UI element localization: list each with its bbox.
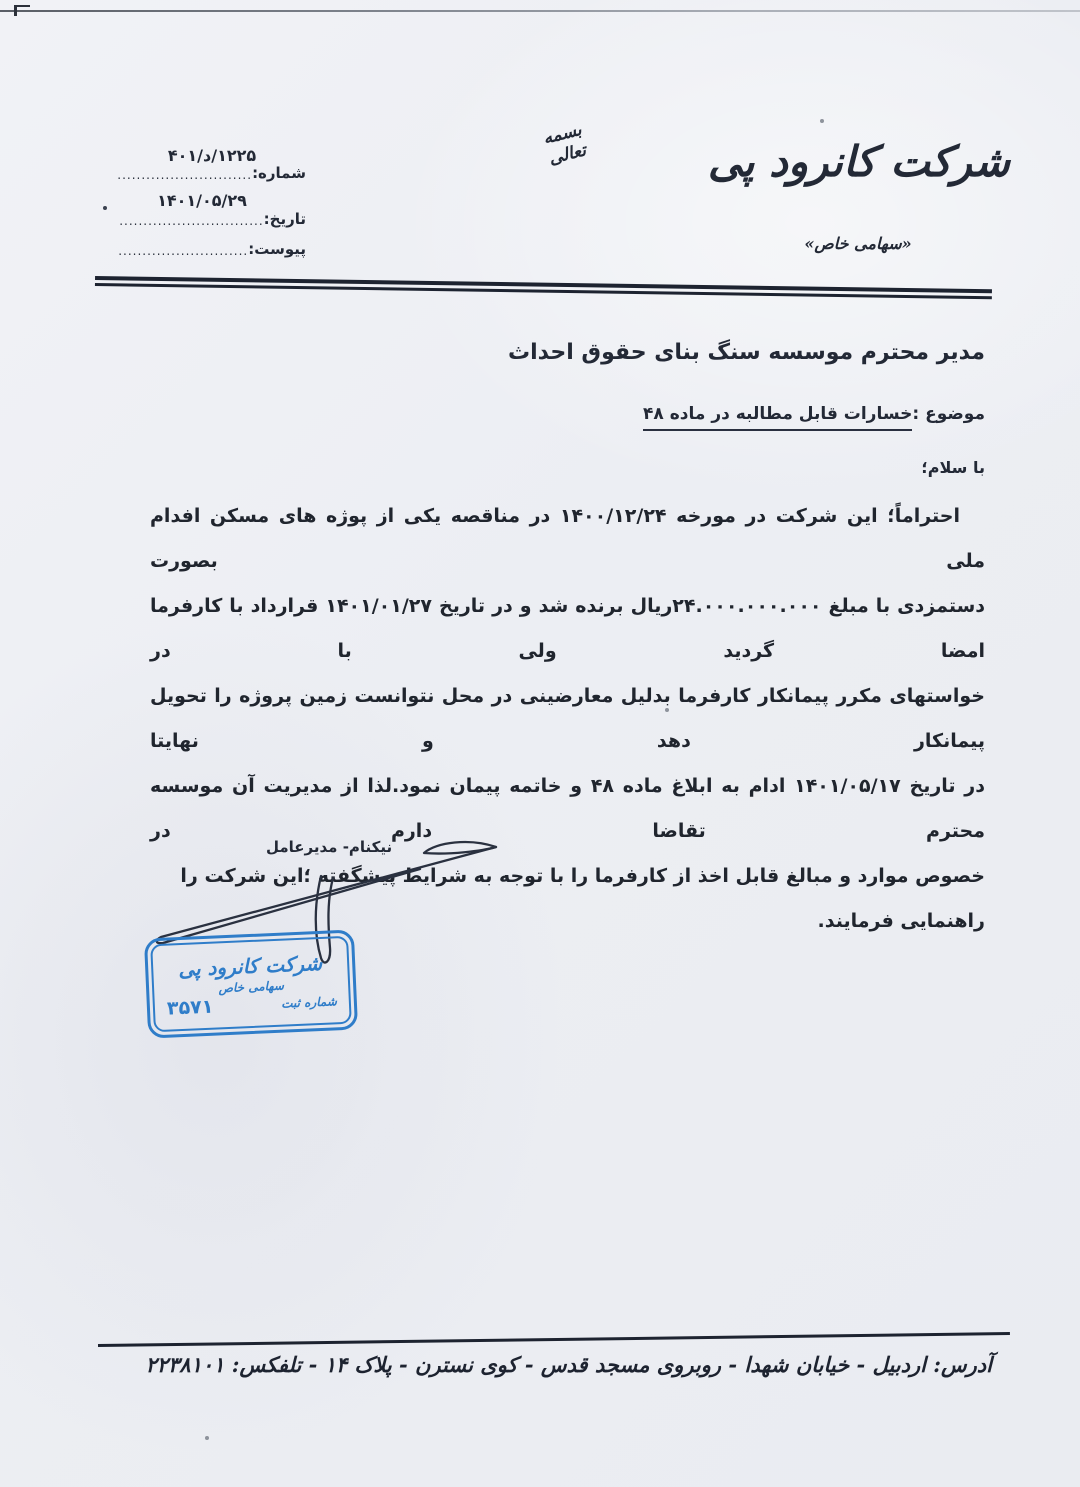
body-line: احتراماً؛ این شرکت در مورخه ۱۴۰۰/۱۲/۲۴ د…: [150, 494, 985, 584]
header-divider: [95, 276, 992, 299]
scan-corner-mark: [14, 5, 30, 16]
salutation: با سلام؛: [921, 458, 985, 477]
letter-date-label: تاریخ:: [264, 210, 306, 228]
dotted-line: .......................................: [118, 244, 248, 258]
stamp-registration-number: ۳۵۷۱: [167, 997, 214, 1019]
signature-stroke: [157, 847, 496, 943]
letter-number-row: شماره: .................................…: [118, 164, 306, 182]
letter-attachment-row: پیوست: .................................…: [118, 240, 306, 258]
dotted-line: .......................................: [118, 214, 264, 228]
recipient-line: مدیر محترم موسسه سنگ بنای حقوق احداث: [508, 340, 985, 365]
company-type-label: «سهامی خاص»: [768, 234, 948, 253]
letter-date-value: ۱۴۰۱/۰۵/۲۹: [132, 191, 272, 210]
body-line: خواستهای مکرر پیمانکار کارفرما بدلیل معا…: [150, 674, 985, 764]
scan-edge-line: [0, 10, 1080, 12]
letter-number-label: شماره:: [252, 164, 306, 182]
body-line: دستمزدی با مبلغ ۲۴.۰۰۰.۰۰۰.۰۰۰ریال برنده…: [150, 584, 985, 674]
scan-speck: [820, 119, 824, 123]
subject-line: موضوع :خسارات قابل مطالبه در ماده ۴۸: [643, 404, 985, 424]
stamp-registration-label: شماره ثبت: [281, 991, 337, 1013]
ink-dot: [103, 206, 107, 210]
letter-number-value: ۱۲۲۵/د/۴۰۱: [142, 146, 282, 165]
scanned-letter-page: ۱۲۲۵/د/۴۰۱ شماره: ......................…: [0, 0, 1080, 1487]
subject-value: خسارات قابل مطالبه در ماده ۴۸: [643, 404, 912, 431]
bismillah-calligraphy: بسمه تعالی: [526, 116, 604, 174]
dotted-line: .......................................: [118, 168, 252, 182]
subject-label: موضوع :: [912, 404, 985, 424]
scan-speck: [205, 1436, 209, 1440]
company-name-calligraphy: شرکت کانرود پی: [730, 138, 1010, 186]
letter-attachment-label: پیوست:: [248, 240, 306, 258]
letter-date-row: تاریخ: .................................…: [118, 210, 306, 228]
stamp-inner-border: شرکت کانرود پی سهامی خاص شماره ثبت ۳۵۷۱: [150, 936, 352, 1033]
company-stamp: شرکت کانرود پی سهامی خاص شماره ثبت ۳۵۷۱: [144, 929, 358, 1038]
footer-divider: [98, 1332, 1010, 1347]
signature-stroke: [424, 842, 496, 853]
footer-address: آدرس: اردبیل - خیابان شهدا - روبروی مسجد…: [145, 1352, 992, 1377]
